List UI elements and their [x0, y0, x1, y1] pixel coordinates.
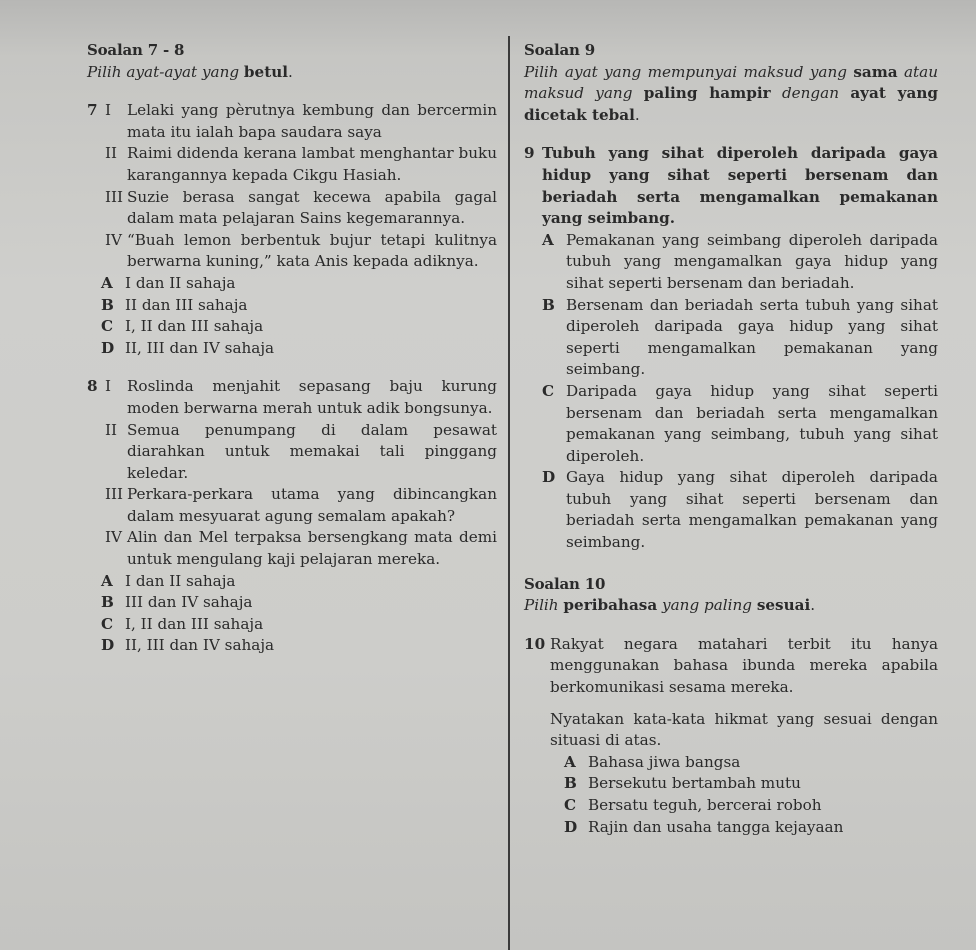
- statement: IIISuzie berasa sangat kecewa apabila ga…: [105, 187, 497, 230]
- roman-numeral: IV: [105, 230, 127, 273]
- option-text: III dan IV sahaja: [125, 592, 497, 614]
- section-title-9: Soalan 9: [524, 40, 938, 62]
- option-b[interactable]: BIII dan IV sahaja: [101, 592, 497, 614]
- option-text: II, III dan IV sahaja: [125, 338, 497, 360]
- question-7: 7 ILelaki yang pèrutnya kembung dan berc…: [87, 100, 497, 359]
- answer-options: AI dan II sahaja BII dan III sahaja CI, …: [101, 273, 497, 359]
- option-letter: B: [564, 773, 588, 795]
- column-divider: [508, 36, 510, 950]
- instruction-9: Pilih ayat yang mempunyai maksud yang sa…: [524, 62, 938, 127]
- option-a[interactable]: APemakanan yang seimbang diperoleh darip…: [542, 230, 938, 295]
- option-text: II dan III sahaja: [125, 295, 497, 317]
- option-text: I, II dan III sahaja: [125, 316, 497, 338]
- option-text: I dan II sahaja: [125, 571, 497, 593]
- question-9: 9 Tubuh yang sihat diperoleh daripada ga…: [524, 143, 938, 553]
- option-text: Rajin dan usaha tangga kejayaan: [588, 817, 938, 839]
- instruction-end: .: [810, 596, 815, 614]
- option-d[interactable]: DII, III dan IV sahaja: [101, 635, 497, 657]
- option-letter: D: [101, 635, 125, 657]
- section-title-7-8: Soalan 7 - 8: [87, 40, 497, 62]
- option-b[interactable]: BBersekutu bertambah mutu: [564, 773, 938, 795]
- option-c[interactable]: CI, II dan III sahaja: [101, 316, 497, 338]
- statement: IVAlin dan Mel terpaksa bersengkang mata…: [105, 527, 497, 570]
- statement-text: “Buah lemon berbentuk bujur tetapi kulit…: [127, 230, 497, 273]
- option-text: Gaya hidup yang sihat diperoleh daripada…: [566, 467, 938, 553]
- option-text: Daripada gaya hidup yang sihat seperti b…: [566, 381, 938, 467]
- statement: IRoslinda menjahit sepasang baju kurung …: [105, 376, 497, 419]
- statement-text: Alin dan Mel terpaksa bersengkang mata d…: [127, 527, 497, 570]
- option-letter: D: [542, 467, 566, 553]
- instruction-bold: sesuai: [757, 596, 810, 614]
- option-letter: C: [542, 381, 566, 467]
- question-stem: Rakyat negara matahari terbit itu hanya …: [550, 634, 938, 699]
- option-text: Bersatu teguh, bercerai roboh: [588, 795, 938, 817]
- option-text: II, III dan IV sahaja: [125, 635, 497, 657]
- roman-numeral: IV: [105, 527, 127, 570]
- question-number: 9: [524, 143, 542, 553]
- statement-text: Perkara-perkara utama yang dibincangkan …: [127, 484, 497, 527]
- roman-numeral: I: [105, 376, 127, 419]
- question-stem: Tubuh yang sihat diperoleh daripada gaya…: [542, 143, 938, 229]
- instruction-10: Pilih peribahasa yang paling sesuai.: [524, 595, 938, 617]
- instruction-italic: dengan: [782, 84, 839, 102]
- instruction-bold: betul: [244, 63, 288, 81]
- answer-options: ABahasa jiwa bangsa BBersekutu bertambah…: [564, 752, 938, 838]
- statement-text: Lelaki yang pèrutnya kembung dan bercerm…: [127, 100, 497, 143]
- question-prompt: Nyatakan kata-kata hikmat yang sesuai de…: [550, 709, 938, 752]
- exam-page: Soalan 7 - 8 Pilih ayat-ayat yang betul.…: [0, 0, 976, 950]
- option-a[interactable]: AI dan II sahaja: [101, 571, 497, 593]
- option-letter: B: [101, 592, 125, 614]
- roman-numeral: II: [105, 143, 127, 186]
- statement: IV“Buah lemon berbentuk bujur tetapi kul…: [105, 230, 497, 273]
- left-column: Soalan 7 - 8 Pilih ayat-ayat yang betul.…: [87, 40, 497, 657]
- option-a[interactable]: AI dan II sahaja: [101, 273, 497, 295]
- option-letter: B: [101, 295, 125, 317]
- question-number: 10: [524, 634, 550, 838]
- option-letter: C: [101, 316, 125, 338]
- option-letter: A: [101, 571, 125, 593]
- option-text: Bersenam dan beriadah serta tubuh yang s…: [566, 295, 938, 381]
- option-text: Pemakanan yang seimbang diperoleh daripa…: [566, 230, 938, 295]
- option-d[interactable]: DGaya hidup yang sihat diperoleh daripad…: [542, 467, 938, 553]
- option-letter: D: [101, 338, 125, 360]
- instruction-italic: Pilih ayat-ayat yang: [87, 63, 239, 81]
- option-b[interactable]: BBersenam dan beriadah serta tubuh yang …: [542, 295, 938, 381]
- option-letter: A: [564, 752, 588, 774]
- instruction-bold: paling hampir: [644, 84, 771, 102]
- instruction-italic: yang paling: [662, 596, 752, 614]
- option-letter: D: [564, 817, 588, 839]
- question-10: 10 Rakyat negara matahari terbit itu han…: [524, 634, 938, 838]
- roman-numeral: I: [105, 100, 127, 143]
- option-letter: A: [101, 273, 125, 295]
- option-c[interactable]: CI, II dan III sahaja: [101, 614, 497, 636]
- instruction-italic: Pilih: [524, 596, 559, 614]
- question-8: 8 IRoslinda menjahit sepasang baju kurun…: [87, 376, 497, 657]
- instruction-end: .: [635, 106, 640, 124]
- instruction-bold: sama: [853, 63, 897, 81]
- answer-options: AI dan II sahaja BIII dan IV sahaja CI, …: [101, 571, 497, 657]
- section-title-10: Soalan 10: [524, 574, 938, 596]
- statement-text: Roslinda menjahit sepasang baju kurung m…: [127, 376, 497, 419]
- statement: IISemua penumpang di dalam pesawat diara…: [105, 420, 497, 485]
- option-b[interactable]: BII dan III sahaja: [101, 295, 497, 317]
- statement-text: Suzie berasa sangat kecewa apabila gagal…: [127, 187, 497, 230]
- option-a[interactable]: ABahasa jiwa bangsa: [564, 752, 938, 774]
- option-letter: C: [564, 795, 588, 817]
- option-letter: C: [101, 614, 125, 636]
- option-c[interactable]: CDaripada gaya hidup yang sihat seperti …: [542, 381, 938, 467]
- answer-options: APemakanan yang seimbang diperoleh darip…: [542, 230, 938, 554]
- option-letter: B: [542, 295, 566, 381]
- statement: IIIPerkara-perkara utama yang dibincangk…: [105, 484, 497, 527]
- right-column: Soalan 9 Pilih ayat yang mempunyai maksu…: [524, 40, 938, 838]
- roman-numeral: III: [105, 484, 127, 527]
- option-text: I dan II sahaja: [125, 273, 497, 295]
- statement: ILelaki yang pèrutnya kembung dan bercer…: [105, 100, 497, 143]
- option-letter: A: [542, 230, 566, 295]
- statement-text: Semua penumpang di dalam pesawat diarahk…: [127, 420, 497, 485]
- option-text: Bahasa jiwa bangsa: [588, 752, 938, 774]
- roman-numeral: III: [105, 187, 127, 230]
- statement: IIRaimi didenda kerana lambat menghantar…: [105, 143, 497, 186]
- roman-numeral: II: [105, 420, 127, 485]
- option-d[interactable]: DII, III dan IV sahaja: [101, 338, 497, 360]
- instruction-bold: peribahasa: [563, 596, 657, 614]
- instruction-end: .: [288, 63, 293, 81]
- instruction-italic: Pilih ayat yang mempunyai maksud yang: [524, 63, 847, 81]
- instruction-7-8: Pilih ayat-ayat yang betul.: [87, 62, 497, 84]
- option-d[interactable]: DRajin dan usaha tangga kejayaan: [564, 817, 938, 839]
- statement-text: Raimi didenda kerana lambat menghantar b…: [127, 143, 497, 186]
- option-text: Bersekutu bertambah mutu: [588, 773, 938, 795]
- option-c[interactable]: CBersatu teguh, bercerai roboh: [564, 795, 938, 817]
- option-text: I, II dan III sahaja: [125, 614, 497, 636]
